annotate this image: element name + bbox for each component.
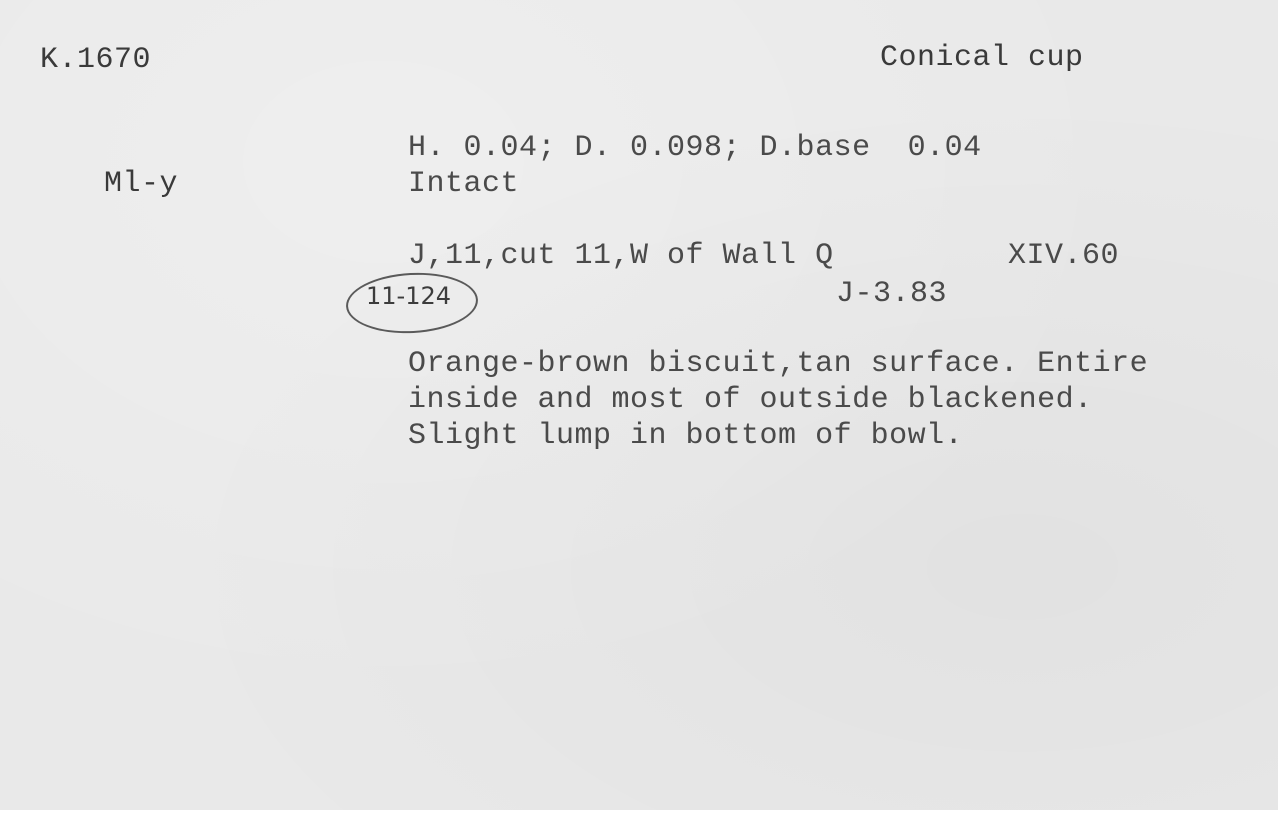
description-line-2: inside and most of outside blackened. [408, 382, 1093, 418]
date-found: XIV.60 [1008, 238, 1119, 274]
grid-reference: Ml-y [104, 166, 178, 202]
findspot: J,11,cut 11,W of Wall Q [408, 238, 834, 274]
catalog-number: K.1670 [40, 42, 151, 78]
dimensions: H. 0.04; D. 0.098; D.base 0.04 [408, 130, 982, 166]
catalog-card: K.1670 Conical cup Ml-y H. 0.04; D. 0.09… [0, 0, 1278, 810]
handwritten-number: 11-124 [366, 282, 451, 310]
inventory-reference: J-3.83 [836, 276, 947, 312]
object-type: Conical cup [880, 40, 1084, 76]
description-line-3: Slight lump in bottom of bowl. [408, 418, 963, 454]
description-line-1: Orange-brown biscuit,tan surface. Entire [408, 346, 1148, 382]
condition: Intact [408, 166, 519, 202]
